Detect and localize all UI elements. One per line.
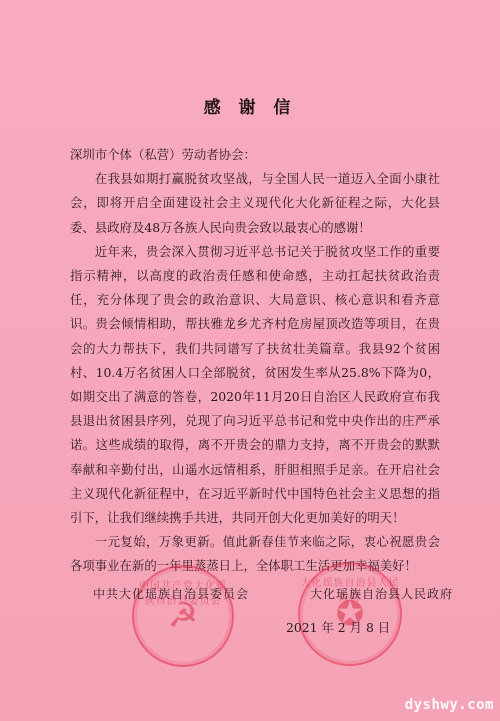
letter-body: 深圳市个体（私营）劳动者协会： 在我县如期打赢脱贫攻坚战，与全国人民一道迈入全面… [70,143,440,579]
paragraph-3: 一元复始，万象更新。值此新春佳节来临之际，衷心祝愿贵会各项事业在新的一年里蒸蒸日… [70,530,440,578]
salutation: 深圳市个体（私营）劳动者协会： [70,143,440,167]
letter-date: 2021 年 2 月 8 日 [286,618,390,636]
government-seal: 大化瑶族自治县人民政府 ✪ [298,562,402,666]
hammer-sickle-icon: ☭ [168,596,198,636]
signature-row: 中共大化瑶族自治县委员会 大化瑶族自治县人民政府 [93,585,453,602]
party-committee-seal: 中国共产党大化瑶族自治县委员会 ☭ [132,565,234,667]
letter-page: 感 谢 信 深圳市个体（私营）劳动者协会： 在我县如期打赢脱贫攻坚战，与全国人民… [0,0,500,721]
paragraph-2: 近年来，贵会深入贯彻习近平总书记关于脱贫攻坚工作的重要指示精神，以高度的政治责任… [70,240,440,530]
signature-government: 大化瑶族自治县人民政府 [310,585,453,602]
letter-title: 感 谢 信 [0,93,500,118]
watermark: dyshwy.com [405,697,494,713]
paragraph-1: 在我县如期打赢脱贫攻坚战，与全国人民一道迈入全面小康社会，即将开启全面建设社会主… [70,167,440,240]
signature-party-committee: 中共大化瑶族自治县委员会 [93,585,249,602]
